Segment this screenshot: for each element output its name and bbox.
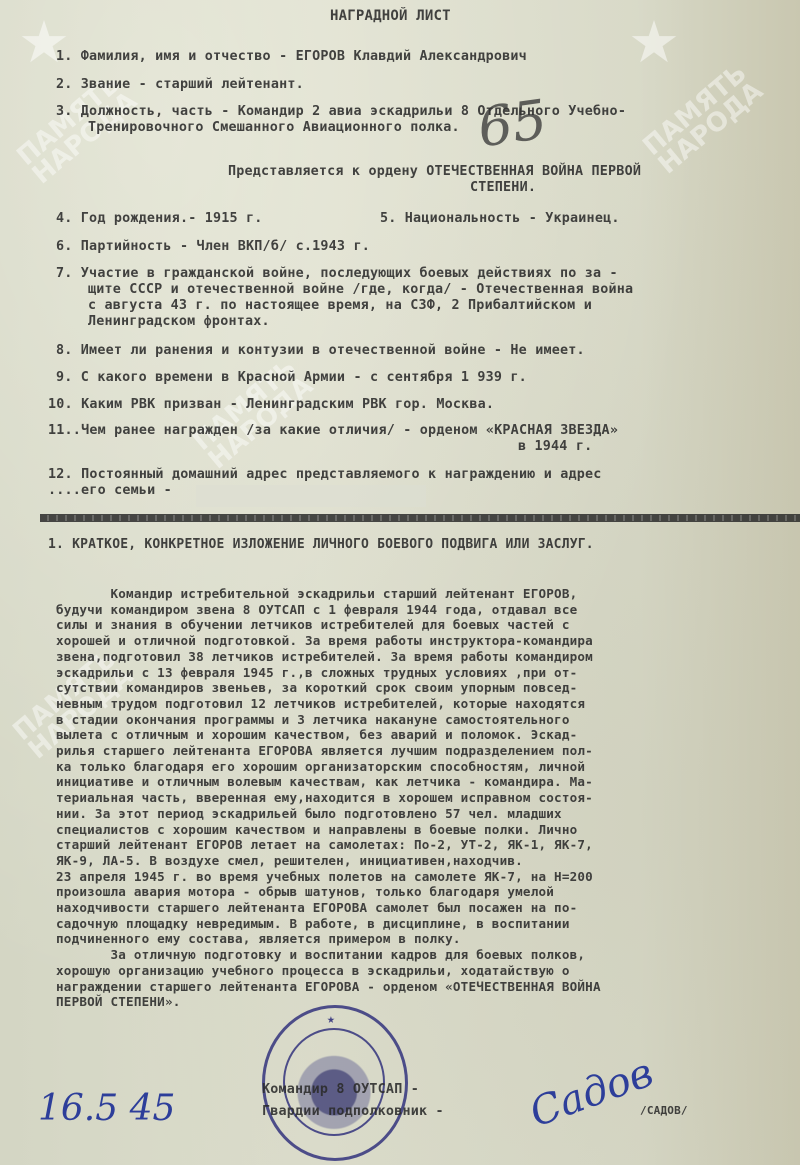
field-8: 8. Имеет ли ранения и контузии в отечест… [56,343,585,358]
section-heading: 1. КРАТКОЕ, КОНКРЕТНОЕ ИЗЛОЖЕНИЕ ЛИЧНОГО… [48,537,594,552]
description-line: подчиненного ему состава, является приме… [56,931,461,946]
field-text: Год рождения.- 1915 г. [81,211,263,226]
field-text: Участие в гражданской войне, последующих… [81,266,618,281]
award-nomination-line-2: СТЕПЕНИ. [470,180,536,195]
field-1: 1. Фамилия, имя и отчество - ЕГОРОВ Клав… [56,49,527,64]
field-2: 2. Звание - старший лейтенант. [56,77,304,92]
description-line: вылета с отличным и хорошим качеством, б… [56,727,577,742]
field-number: 12. [48,467,73,482]
signatory-rank: Гвардии подполковник - [262,1104,444,1119]
description-line: будучи командиром звена 8 ОУТСАП с 1 фев… [56,602,577,617]
field-text: Партийность - Член ВКП/б/ с.1943 г. [81,239,370,254]
field-7-line-2: щите СССР и отечественной войне /где, ко… [88,282,633,297]
description-line: в стадии окончания программы и 3 летчика… [56,712,570,727]
stamp-star-icon: ★ [327,1012,335,1027]
field-5: 5. Национальность - Украинец. [380,211,620,226]
award-nomination-line: Представляется к ордену ОТЕЧЕСТВЕННАЯ ВО… [228,164,641,179]
description-line: хорошую организацию учебного процесса в … [56,963,570,978]
description-line: инициативе и отличным волевым качествам,… [56,774,593,789]
description-line: находчивости старшего лейтенанта ЕГОРОВА… [56,900,577,915]
watermark-text: ПАМЯТЬ НАРОДА [639,60,767,178]
description-line: За отличную подготовку и воспитании кадр… [56,947,585,962]
description-line: Командир истребительной эскадрильи старш… [56,586,577,601]
field-number: 10. [48,397,73,412]
field-text: Национальность - Украинец. [405,211,620,226]
field-number: 9. [56,370,73,385]
field-text: С какого времени в Красной Армии - с сен… [81,370,527,385]
field-number: 6. [56,239,73,254]
handwritten-date: 16.5 45 [38,1088,175,1129]
description-line: звена,подготовил 38 летчиков истребителе… [56,649,593,664]
award-sheet-document: ★ ★ ПАМЯТЬ НАРОДА ПАМЯТЬ НАРОДА ПАМЯТЬ Н… [0,0,800,1165]
field-12: 12. Постоянный домашний адрес представля… [48,467,602,482]
watermark-star-icon: ★ [628,8,680,76]
field-number: 8. [56,343,73,358]
field-text: Постоянный домашний адрес представляемог… [81,467,602,482]
field-3-continuation: Тренировочного Смешанного Авиационного п… [88,120,460,135]
field-7: 7. Участие в гражданской войне, последую… [56,266,618,281]
field-7-line-3: с августа 43 г. по настоящее время, на С… [88,298,592,313]
description-line: ПЕРВОЙ СТЕПЕНИ». [56,994,181,1009]
field-text: Звание - старший лейтенант. [81,77,304,92]
field-number: 5. [380,211,397,226]
field-9: 9. С какого времени в Красной Армии - с … [56,370,527,385]
description-line: произошла авария мотора - обрыв шатунов,… [56,884,554,899]
section-divider [40,514,800,522]
field-number: 4. [56,211,73,226]
field-4: 4. Год рождения.- 1915 г. [56,211,263,226]
description-line: силы и знания в обучении летчиков истреб… [56,617,570,632]
description-line: награждении старшего лейтенанта ЕГОРОВА … [56,979,601,994]
description-line: садочную площадку невредимым. В работе, … [56,916,570,931]
document-title: НАГРАДНОЙ ЛИСТ [330,8,451,24]
description-line: рилья старшего лейтенанта ЕГОРОВА являет… [56,743,593,758]
description-line: специалистов с хорошим качеством и напра… [56,822,577,837]
field-number: 1. [56,49,73,64]
field-11: 11..Чем ранее награжден /за какие отличи… [48,423,618,438]
pencil-annotation: 65 [474,88,551,160]
field-text: Фамилия, имя и отчество - ЕГОРОВ Клавдий… [81,49,527,64]
field-12-continuation: ....его семьи - [48,483,172,498]
signatory-name: /САДОВ/ [640,1104,688,1117]
field-number: 3. [56,104,73,119]
field-11-continuation: в 1944 г. [518,439,592,454]
field-6: 6. Партийность - Член ВКП/б/ с.1943 г. [56,239,370,254]
field-number: 2. [56,77,73,92]
field-number: 11.. [48,423,81,438]
field-text: Имеет ли ранения и контузии в отечествен… [81,343,585,358]
description-line: эскадрильи с 13 февраля 1945 г.,в сложны… [56,665,577,680]
description-line: невным трудом подготовил 12 летчиков ист… [56,696,585,711]
field-number: 7. [56,266,73,281]
description-line: ЯК-9, ЛА-5. В воздухе смел, решителен, и… [56,853,523,868]
field-text: Каким РВК призван - Ленинградским РВК го… [81,397,494,412]
signatory-unit: Командир 8 ОУТСАП - [262,1082,419,1097]
description-line: старший лейтенант ЕГОРОВ летает на самол… [56,837,593,852]
redacted-address [196,485,426,507]
description-line: нии. За этот период эскадрильей было под… [56,806,562,821]
field-7-line-4: Ленинградском фронтах. [88,314,270,329]
description-line: 23 апреля 1945 г. во время учебных полет… [56,869,593,884]
field-text: Чем ранее награжден /за какие отличия/ -… [81,423,618,438]
field-10: 10. Каким РВК призван - Ленинградским РВ… [48,397,494,412]
watermark-star-icon: ★ [18,8,70,76]
description-line: хорошей и отличной подготовкой. За время… [56,633,593,648]
description-line: сутствии командиров звеньев, за короткий… [56,680,577,695]
description-line: териальная часть, вверенная ему,находитс… [56,790,593,805]
handwritten-signature: Садов [524,1050,659,1137]
description-line: ка только благодаря его хорошим организа… [56,759,585,774]
